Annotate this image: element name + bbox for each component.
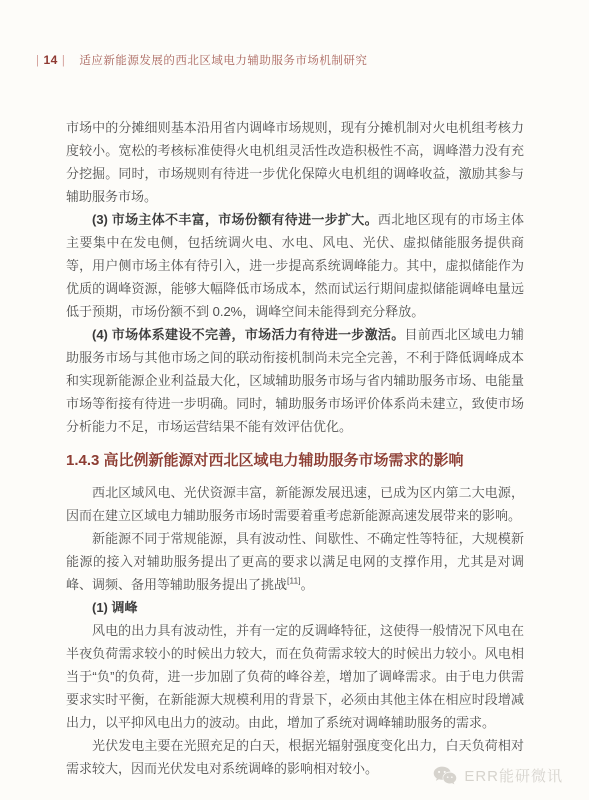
paragraph-text: 目前西北区域电力辅助服务市场与其他市场之间的联动衔接机制尚未完全完善，不利于降低… [66,327,524,434]
watermark: ERR能研微讯 [433,765,563,786]
page-number: 14 [44,53,58,67]
paragraph-text: 风电的出力具有波动性，并有一定的反调峰特征，这使得一般情况下风电在半夜负荷需求较… [66,623,524,730]
body-paragraph: 风电的出力具有波动性，并有一定的反调峰特征，这使得一般情况下风电在半夜负荷需求较… [66,619,524,734]
report-title: 适应新能源发展的西北区域电力辅助服务市场机制研究 [79,52,367,68]
section-heading: 1.4.3 高比例新能源对西北区域电力辅助服务市场需求的影响 [66,450,524,471]
paragraph-text: 西北地区现有的市场主体主要集中在发电侧，包括统调火电、水电、风电、光伏、虚拟储能… [66,212,524,319]
header-separator: | [32,55,44,67]
paragraph-text: 市场中的分摊细则基本沿用省内调峰市场规则，现有分摊机制对火电机组考核力度较小。宽… [66,120,524,204]
paragraph-lead: (4) 市场体系建设不完善，市场活力有待进一步激活。 [92,327,405,342]
document-body: 市场中的分摊细则基本沿用省内调峰市场规则，现有分摊机制对火电机组考核力度较小。宽… [66,116,524,780]
body-paragraph: (3) 市场主体不丰富，市场份额有待进一步扩大。西北地区现有的市场主体主要集中在… [66,208,524,323]
page-header: | 14 | 适应新能源发展的西北区域电力辅助服务市场机制研究 [32,52,367,68]
header-separator: | [58,55,70,67]
paragraph-text: 。 [301,577,314,592]
paragraph-lead: (3) 市场主体不丰富，市场份额有待进一步扩大。 [92,212,378,227]
watermark-text: ERR能研微讯 [464,765,563,786]
body-paragraph: (4) 市场体系建设不完善，市场活力有待进一步激活。目前西北区域电力辅助服务市场… [66,323,524,438]
subsection-heading: (1) 调峰 [66,596,524,619]
body-paragraph: 西北区域风电、光伏资源丰富，新能源发展迅速，已成为区内第二大电源，因而在建立区域… [66,481,524,527]
paragraph-text: 西北区域风电、光伏资源丰富，新能源发展迅速，已成为区内第二大电源，因而在建立区域… [66,485,524,523]
body-paragraph: 新能源不同于常规能源，具有波动性、间歇性、不确定性等特征，大规模新能源的接入对辅… [66,527,524,596]
body-paragraph: 市场中的分摊细则基本沿用省内调峰市场规则，现有分摊机制对火电机组考核力度较小。宽… [66,116,524,208]
citation-marker: [11] [287,576,301,586]
wechat-icon [433,766,457,785]
